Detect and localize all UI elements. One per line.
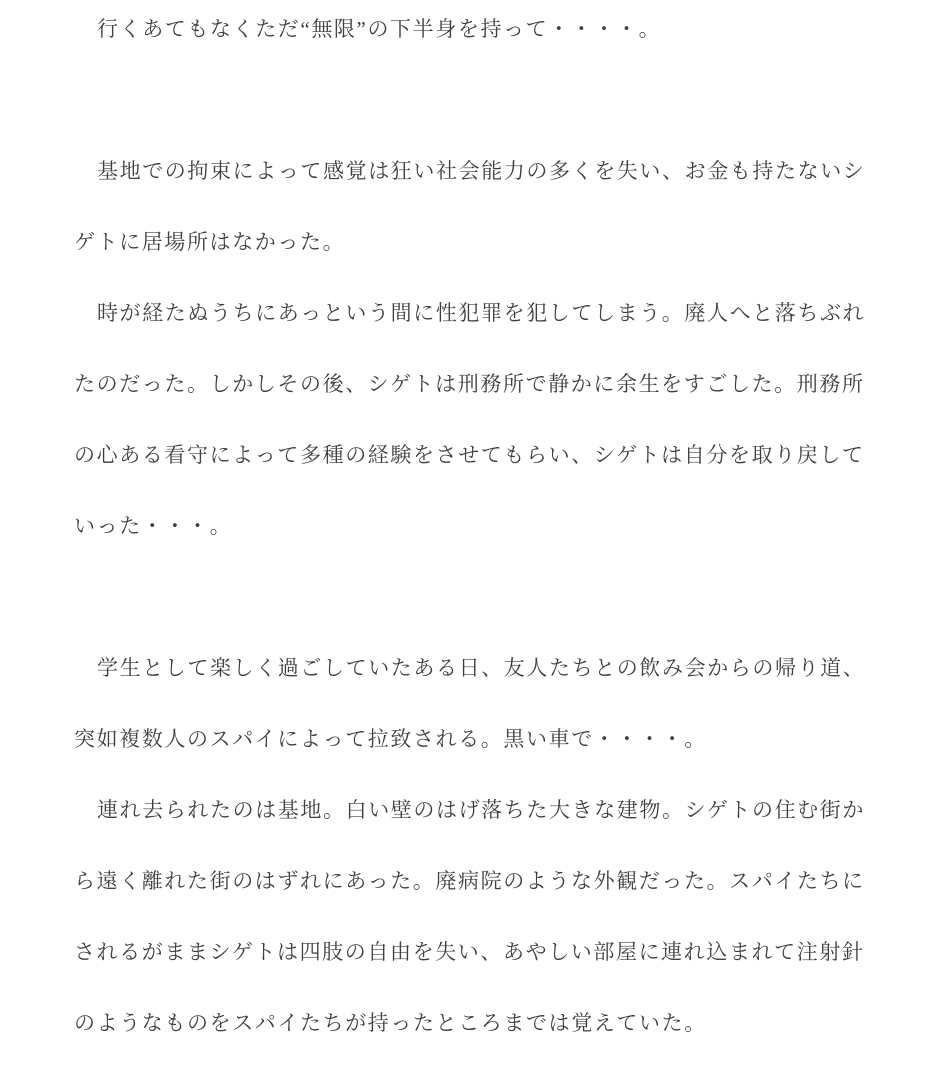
text-line: いった・・・。	[74, 491, 914, 562]
text-line: ゲトに居場所はなかった。	[74, 207, 914, 278]
text-line: 基地での拘束によって感覚は狂い社会能力の多くを失い、お金も持たないシ	[74, 136, 914, 207]
text-line: 連れ去られたのは基地。白い壁のはげ落ちた大きな建物。シゲトの住む街か	[74, 775, 914, 846]
text-line: の心ある看守によって多種の経験をさせてもらい、シゲトは自分を取り戻して	[74, 420, 914, 491]
text-line: されるがままシゲトは四肢の自由を失い、あやしい部屋に連れ込まれて注射針	[74, 917, 914, 988]
text-line: 時が経たぬうちにあっという間に性犯罪を犯してしまう。廃人へと落ちぶれ	[74, 278, 914, 349]
blank-line	[74, 562, 914, 633]
text-line: たのだった。しかしその後、シゲトは刑務所で静かに余生をすごした。刑務所	[74, 349, 914, 420]
document-page: 行くあてもなくただ“無限”の下半身を持って・・・・。基地での拘束によって感覚は狂…	[0, 0, 946, 1080]
blank-line	[74, 65, 914, 136]
text-line: のようなものをスパイたちが持ったところまでは覚えていた。	[74, 988, 914, 1059]
text-line: 突如複数人のスパイによって拉致される。黒い車で・・・・。	[74, 704, 914, 775]
text-line: 行くあてもなくただ“無限”の下半身を持って・・・・。	[74, 0, 914, 65]
text-line: ら遠く離れた街のはずれにあった。廃病院のような外観だった。スパイたちに	[74, 846, 914, 917]
text-line: 学生として楽しく過ごしていたある日、友人たちとの飲み会からの帰り道、	[74, 633, 914, 704]
document-text: 行くあてもなくただ“無限”の下半身を持って・・・・。基地での拘束によって感覚は狂…	[74, 0, 914, 1059]
